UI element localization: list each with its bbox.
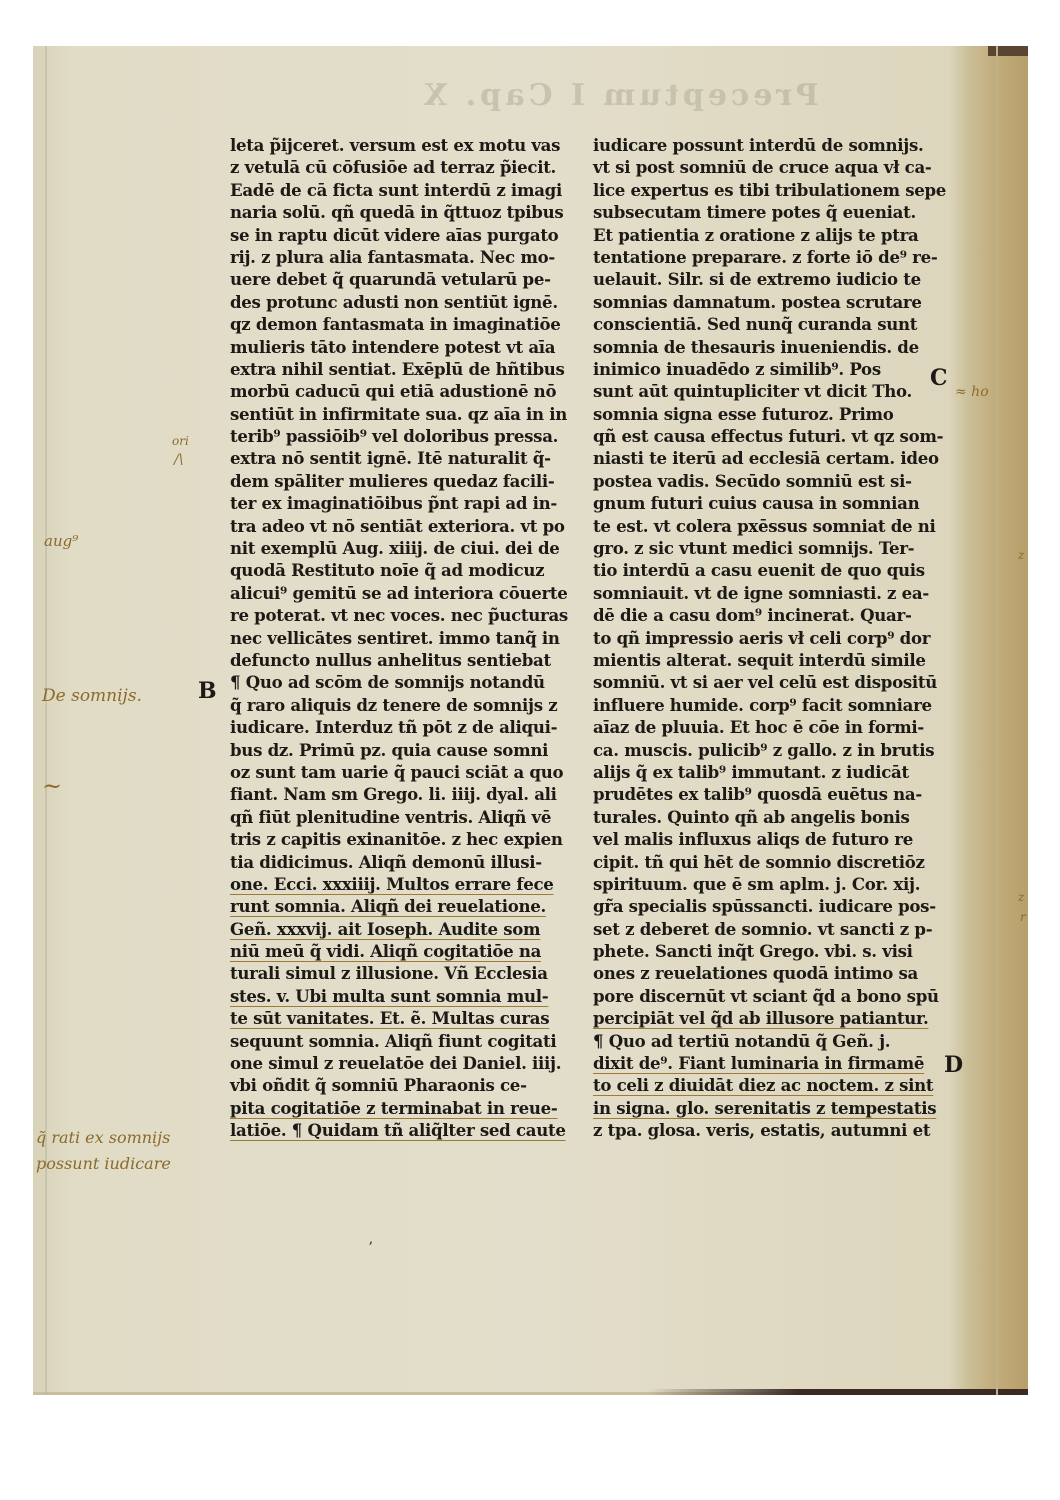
text-line: somniauit. vt de igne somniasti. z ea-: [593, 582, 943, 604]
text-line: sentiūt in infirmitate sua. qz aīa in in: [230, 403, 580, 425]
edge-mark-2: z: [1018, 890, 1024, 904]
text-line: bus dz. Primū pz. quia cause somni: [230, 739, 580, 761]
text-line: postea vadis. Secūdo somniū est si-: [593, 470, 943, 492]
text-line: prudētes ex talib⁹ quosdā euētus na-: [593, 783, 943, 805]
text-line: te sūt vanitates. Et. ẽ. Multas curas: [230, 1007, 580, 1029]
marginal-note-bottom-2: possunt iudicare: [36, 1154, 171, 1173]
text-line: qñ fiūt plenitudine ventris. Aliqñ vē: [230, 806, 580, 828]
text-line: turali simul z illusione. Vñ Ecclesia: [230, 962, 580, 984]
text-line: to qñ impressio aeris vł celi corp⁹ dor: [593, 627, 943, 649]
text-line: iudicare. Interduz tñ pōt z de aliqui-: [230, 716, 580, 738]
text-line: ter ex imaginatiōibus p̃nt rapi ad in-: [230, 492, 580, 514]
text-line: defuncto nullus anhelitus sentiebat: [230, 649, 580, 671]
gutter-line: [45, 46, 47, 1395]
text-line: ¶ Quo ad tertiū notandū q̃ Geñ. j.: [593, 1030, 943, 1052]
text-line: somnia signa esse futuroz. Primo: [593, 403, 943, 425]
text-line: phete. Sancti inq̃t Grego. vbi. s. visi: [593, 940, 943, 962]
text-line: iudicare possunt interdū de somnijs.: [593, 134, 943, 156]
text-line: sunt aūt quintupliciter vt dicit Tho.: [593, 380, 943, 402]
text-line: niasti te iterū ad ecclesiā certam. ideo: [593, 447, 943, 469]
text-line: naria solū. qñ quedā in q̃ttuoz tpibus: [230, 201, 580, 223]
text-line: conscientiā. Sed nunq̃ curanda sunt: [593, 313, 943, 335]
text-line: tentatione preparare. z forte iō de⁹ re-: [593, 246, 943, 268]
text-line: tris z capitis exinanitōe. z hec expien: [230, 828, 580, 850]
text-line: leta p̃ijceret. versum est ex motu vas: [230, 134, 580, 156]
text-line: vt si post somniū de cruce aqua vł ca-: [593, 156, 943, 178]
text-line: rij. z plura alia fantasmata. Nec mo-: [230, 246, 580, 268]
foredge-fold: [996, 46, 998, 1395]
text-line: te est. vt colera pxēssus somniat de ni: [593, 515, 943, 537]
text-line: tra adeo vt nō sentiāt exteriora. vt po: [230, 515, 580, 537]
text-line: gr̃a specialis spūssancti. iudicare pos-: [593, 895, 943, 917]
page-bottom-edge: [648, 1389, 1028, 1395]
text-line: Et patientia z oratione z alijs te ptra: [593, 224, 943, 246]
text-line: niū meū q̃ vidi. Aliqñ cogitatiōe na: [230, 940, 580, 962]
text-line: gnum futuri cuius causa in somnian: [593, 492, 943, 514]
text-line: set z deberet de somnio. vt sancti z p-: [593, 918, 943, 940]
text-line: vbi oñdit q̃ somniū Pharaonis ce-: [230, 1074, 580, 1096]
text-line: morbū caducū qui etiā adustionē nō: [230, 380, 580, 402]
text-line: percipiāt vel q̃d ab illusore patiantur.: [593, 1007, 943, 1029]
marginal-caret: /\: [174, 452, 183, 468]
left-text-column: leta p̃ijceret. versum est ex motu vasz …: [230, 134, 580, 1142]
text-line: vel malis influxus aliqs de futuro re: [593, 828, 943, 850]
text-line: ca. muscis. pulicib⁹ z gallo. z in bruti…: [593, 739, 943, 761]
text-line: subsecutam timere potes q̃ eueniat.: [593, 201, 943, 223]
marginal-note-de-somnijs: De somnijs.: [42, 686, 142, 706]
text-line: pore discernūt vt sciant q̃d a bono spū: [593, 985, 943, 1007]
text-line: nec vellicātes sentiret. immo tanq̃ in: [230, 627, 580, 649]
text-line: q̃ raro aliquis dz tenere de somnijs z: [230, 694, 580, 716]
text-line: gro. z sic vtunt medici somnijs. Ter-: [593, 537, 943, 559]
text-line: latiōe. ¶ Quidam tñ aliq̃lter sed caute: [230, 1119, 580, 1141]
section-letter-b: B: [198, 678, 217, 704]
marginal-note-right: ≈ ho: [955, 384, 989, 400]
marginal-note-aug: aug⁹: [44, 532, 78, 550]
text-line: one. Ecci. xxxiiij. Multos errare fece: [230, 873, 580, 895]
text-line: Geñ. xxxvij. ait Ioseph. Audite som: [230, 918, 580, 940]
text-line: terib⁹ passiōib⁹ vel doloribus pressa.: [230, 425, 580, 447]
text-line: tia didicimus. Aliqñ demonū illusi-: [230, 851, 580, 873]
text-line: se in raptu dicūt videre aīas purgato: [230, 224, 580, 246]
text-line: z vetulā cū cōfusiōe ad terraz p̃iecit.: [230, 156, 580, 178]
text-line: alicui⁹ gemitū se ad interiora cōuerte: [230, 582, 580, 604]
text-line: oz sunt tam uarie q̃ pauci sciāt a quo: [230, 761, 580, 783]
footer-mark: ʼ: [368, 1240, 372, 1256]
text-line: aīaz de pluuia. Et hoc ē cōe in formi-: [593, 716, 943, 738]
text-line: lice expertus es tibi tribulationem sepe: [593, 179, 943, 201]
marginal-flourish: ~: [42, 772, 62, 800]
text-line: Eadē de cā ficta sunt interdū z imagi: [230, 179, 580, 201]
marginal-note-bottom-1: q̃ rati ex somnijs: [36, 1128, 170, 1147]
page-top-edge: [988, 46, 1028, 56]
showthrough-running-head: Preceptum I Cap. X: [420, 78, 819, 113]
marginal-note-ori: ori: [172, 434, 189, 448]
text-line: des protunc adusti non sentiūt ignē.: [230, 291, 580, 313]
text-line: mientis alterat. sequit interdū simile: [593, 649, 943, 671]
text-line: cipit. tñ qui hēt de somnio discretiōz: [593, 851, 943, 873]
text-line: extra nihil sentiat. Exēplū de hñtibus: [230, 358, 580, 380]
text-line: uelauit. Silr. si de extremo iudicio te: [593, 268, 943, 290]
text-line: re poterat. vt nec voces. nec p̃ucturas: [230, 604, 580, 626]
right-text-column: iudicare possunt interdū de somnijs.vt s…: [593, 134, 943, 1142]
text-line: qz demon fantasmata in imaginatiōe: [230, 313, 580, 335]
section-letter-c: C: [930, 365, 948, 391]
text-line: runt somnia. Aliqñ dei reuelatione.: [230, 895, 580, 917]
text-line: influere humide. corp⁹ facit somniare: [593, 694, 943, 716]
edge-mark-3: r: [1020, 910, 1026, 924]
text-line: uere debet q̃ quarundā vetularū pe-: [230, 268, 580, 290]
text-line: ¶ Quo ad scōm de somnijs notandū: [230, 671, 580, 693]
section-letter-d: D: [944, 1052, 963, 1078]
text-line: inimico inuadēdo z similib⁹. Pos: [593, 358, 943, 380]
text-line: extra nō sentit ignē. Itē naturalit q̃-: [230, 447, 580, 469]
text-line: alijs q̃ ex talib⁹ immutant. z iudicāt: [593, 761, 943, 783]
text-line: tio interdū a casu euenit de quo quis: [593, 559, 943, 581]
text-line: pita cogitatiōe z terminabat in reue-: [230, 1097, 580, 1119]
edge-mark-1: z: [1018, 548, 1024, 562]
text-line: dixit de⁹. Fiant luminaria in firmamē: [593, 1052, 943, 1074]
text-line: stes. v. Ubi multa sunt somnia mul-: [230, 985, 580, 1007]
text-line: sequunt somnia. Aliqñ fiunt cogitati: [230, 1030, 580, 1052]
text-line: fiant. Nam sm Grego. li. iiij. dyal. ali: [230, 783, 580, 805]
text-line: nit exemplū Aug. xiiij. de ciui. dei de: [230, 537, 580, 559]
text-line: one simul z reuelatōe dei Daniel. iiij.: [230, 1052, 580, 1074]
text-line: qñ est causa effectus futuri. vt qz som-: [593, 425, 943, 447]
text-line: mulieris tāto intendere potest vt aīa: [230, 336, 580, 358]
text-line: spirituum. que ē sm aplm. j. Cor. xij.: [593, 873, 943, 895]
text-line: z tpa. glosa. veris, estatis, autumni et: [593, 1119, 943, 1141]
text-line: somniū. vt si aer vel celū est dispositū: [593, 671, 943, 693]
text-line: turales. Quinto qñ ab angelis bonis: [593, 806, 943, 828]
text-line: somnias damnatum. postea scrutare: [593, 291, 943, 313]
text-line: quodā Restituto noīe q̃ ad modicuz: [230, 559, 580, 581]
text-line: in signa. glo. serenitatis z tempestatis: [593, 1097, 943, 1119]
text-line: to celi z diuidāt diez ac noctem. z sint: [593, 1074, 943, 1096]
text-line: ones z reuelationes quodā intimo sa: [593, 962, 943, 984]
text-line: somnia de thesauris inueniendis. de: [593, 336, 943, 358]
text-line: dem spāliter mulieres quedaz facili-: [230, 470, 580, 492]
text-line: dē die a casu dom⁹ incinerat. Quar-: [593, 604, 943, 626]
